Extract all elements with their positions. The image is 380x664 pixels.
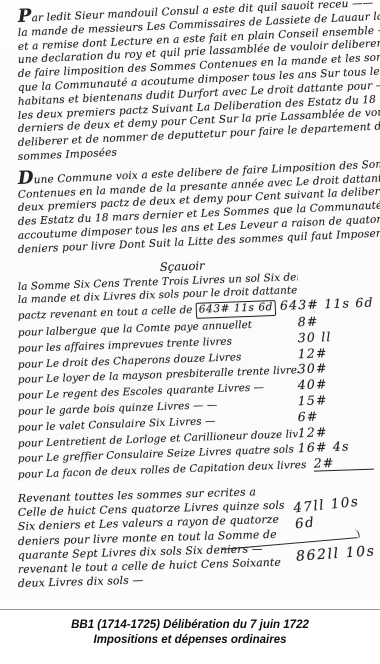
- imposition-amount: 6#: [297, 407, 373, 423]
- caption-line-subject: Impositions et dépenses ordinaires: [0, 633, 380, 648]
- caption-divider: [0, 609, 380, 610]
- imposition-amount: 2#: [313, 455, 373, 472]
- totals-paragraph: Revenant touttes les sommes sur ecrites …: [18, 492, 280, 591]
- manuscript-paragraph-deliberation: Dune Commune voix a este delibere de fai…: [18, 172, 374, 258]
- scanned-page: Par ledit Sieur mandouil Consul a este d…: [0, 0, 380, 664]
- imposition-amount: 8#: [297, 313, 373, 329]
- imposition-amount: 40#: [297, 376, 373, 392]
- caption: BB1 (1714-1725) Délibération du 7 juin 1…: [0, 618, 380, 648]
- imposition-amount: 30 ll: [297, 328, 373, 344]
- imposition-amount: 15#: [297, 392, 373, 408]
- imposition-amount: [298, 277, 374, 280]
- manuscript-paragraph-opening: Par ledit Sieur mandouil Consul a este d…: [18, 10, 374, 165]
- imposition-amount: 16# 4s: [297, 439, 373, 455]
- imposition-amount: 12#: [297, 344, 373, 360]
- imposition-amount: [298, 291, 374, 294]
- imposition-list: la Somme Six Cens Trente Trois Livres un…: [18, 281, 374, 483]
- imposition-amount: 30#: [297, 360, 373, 376]
- caption-line-reference: BB1 (1714-1725) Délibération du 7 juin 1…: [0, 618, 380, 633]
- imposition-amount: 643# 11s 6d: [280, 296, 374, 313]
- imposition-amount: 12#: [297, 423, 373, 439]
